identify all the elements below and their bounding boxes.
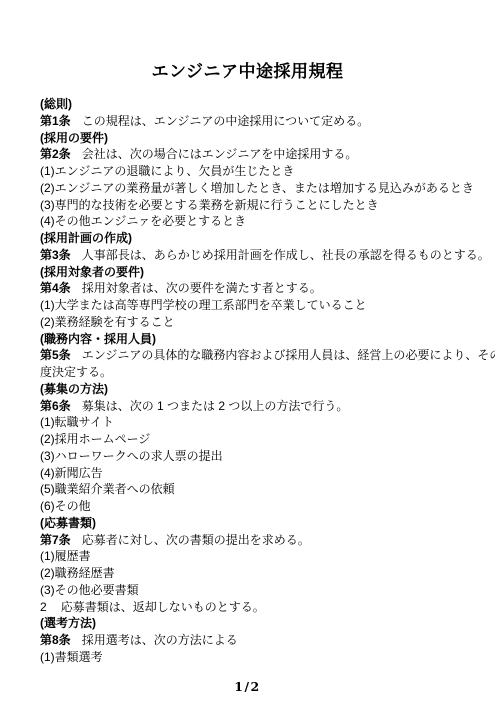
line-text: (3)ハローワークへの求人票の提出 xyxy=(40,449,223,463)
line-text: 応募者に対し、次の書類の提出を求める。 xyxy=(82,533,310,547)
line-text: (採用計画の作成) xyxy=(40,231,132,245)
line-text: (6)その他 xyxy=(40,499,91,513)
line-text: (4)新聞広告 xyxy=(40,466,103,480)
line-text: (1)大学または高等専門学校の理工系部門を卒業していること xyxy=(40,298,367,312)
line-text: 度決定する。 xyxy=(40,365,112,379)
article-line: 第4条採用対象者は、次の要件を満たす者とする。 xyxy=(40,280,490,297)
line-text: (4)その他エンジニァを必要とするとき xyxy=(40,214,246,228)
document-page: エンジニア中途採用規程 (総則)第1条この規程は、エンジニアの中途採用について定… xyxy=(0,0,495,721)
list-item: 度決定する。 xyxy=(40,364,490,381)
article-number: 第2条 xyxy=(40,146,71,163)
list-item: (1)履歴書 xyxy=(40,548,490,565)
list-item: (3)ハローワークへの求人票の提出 xyxy=(40,448,490,465)
list-item: (1)転職サイト xyxy=(40,414,490,431)
line-text: (応募書類) xyxy=(40,516,96,530)
line-text: (1)転職サイト xyxy=(40,415,114,429)
line-text: この規程は、エンジニアの中途採用について定める。 xyxy=(82,114,369,128)
list-item: (3)その他必要書類 xyxy=(40,582,490,599)
section-heading: (総則) xyxy=(40,96,490,113)
section-heading: (採用対象者の要件) xyxy=(40,264,490,281)
list-item: (1)エンジニアの退職により、欠員が生じたとき xyxy=(40,163,490,180)
line-text: (職務内容・採用人員) xyxy=(40,332,156,346)
list-item: (1)大学または高等専門学校の理工系部門を卒業していること xyxy=(40,297,490,314)
line-text: (2)業務経験を有すること xyxy=(40,315,175,329)
line-text: (5)職業紹介業者への依頼 xyxy=(40,482,175,496)
list-item: (4)新聞広告 xyxy=(40,465,490,482)
article-number: 第5条 xyxy=(40,347,71,364)
clause-line: 2応募書類は、返却しないものとする。 xyxy=(40,599,490,616)
article-line: 第3条人事部長は、あらかじめ採用計画を作成し、社長の承認を得るものとする。 xyxy=(40,247,490,264)
section-heading: (募集の方法) xyxy=(40,381,490,398)
list-item: (2)業務経験を有すること xyxy=(40,314,490,331)
line-text: 会社は、次の場合にはエンジニアを中途採用する。 xyxy=(82,147,358,161)
line-text: (2)エンジニアの業務量が著しく増加したとき、または増加する見込みがあるとき xyxy=(40,181,474,195)
section-heading: (採用の要件) xyxy=(40,130,490,147)
list-item: (2)職務経歴書 xyxy=(40,565,490,582)
line-text: (3)その他必要書類 xyxy=(40,583,139,597)
line-text: (1)エンジニアの退職により、欠員が生じたとき xyxy=(40,164,294,178)
article-line: 第8条採用選考は、次の方法による xyxy=(40,632,490,649)
list-item: (5)職業紹介業者への依頼 xyxy=(40,481,490,498)
line-text: (選考方法) xyxy=(40,616,96,630)
line-text: (採用の要件) xyxy=(40,131,108,145)
article-line: 第1条この規程は、エンジニアの中途採用について定める。 xyxy=(40,113,490,130)
line-text: (2)採用ホームページ xyxy=(40,432,150,446)
article-number: 第1条 xyxy=(40,113,71,130)
section-heading: (採用計画の作成) xyxy=(40,230,490,247)
line-text: 採用対象者は、次の要件を満たす者とする。 xyxy=(82,281,322,295)
list-item: (2)採用ホームページ xyxy=(40,431,490,448)
article-number: 第6条 xyxy=(40,398,71,415)
line-text: (2)職務経歴書 xyxy=(40,566,115,580)
article-line: 第6条募集は、次の 1 つまたは 2 つ以上の方法で行う。 xyxy=(40,398,490,415)
article-number: 第4条 xyxy=(40,280,71,297)
section-heading: (選考方法) xyxy=(40,615,490,632)
list-item: (1)書類選考 xyxy=(40,649,490,666)
line-text: (1)書類選考 xyxy=(40,650,103,664)
document-title: エンジニア中途採用規程 xyxy=(0,0,495,85)
line-text: 応募書類は、返却しないものとする。 xyxy=(61,600,265,614)
article-line: 第2条会社は、次の場合にはエンジニアを中途採用する。 xyxy=(40,146,490,163)
article-number: 第8条 xyxy=(40,632,71,649)
article-line: 第7条応募者に対し、次の書類の提出を求める。 xyxy=(40,532,490,549)
line-text: エンジニアの具体的な職務内容および採用人員は、経営上の必要により、その都 xyxy=(82,348,495,362)
list-item: (2)エンジニアの業務量が著しく増加したとき、または増加する見込みがあるとき xyxy=(40,180,490,197)
line-text: 募集は、次の 1 つまたは 2 つ以上の方法で行う。 xyxy=(82,399,349,413)
line-text: (総則) xyxy=(40,97,72,111)
list-item: (3)専門的な技術を必要とする業務を新規に行うことにしたとき xyxy=(40,197,490,214)
line-text: (3)専門的な技術を必要とする業務を新規に行うことにしたとき xyxy=(40,198,379,212)
document-body: (総則)第1条この規程は、エンジニアの中途採用について定める。(採用の要件)第2… xyxy=(40,96,490,666)
line-text: 人事部長は、あらかじめ採用計画を作成し、社長の承認を得るものとする。 xyxy=(82,248,490,262)
article-number: 第7条 xyxy=(40,532,71,549)
line-text: 採用選考は、次の方法による xyxy=(82,633,238,647)
line-text: (1)履歴書 xyxy=(40,549,91,563)
clause-number: 2 xyxy=(40,599,47,616)
list-item: (6)その他 xyxy=(40,498,490,515)
page-number: 1/2 xyxy=(0,679,495,694)
article-number: 第3条 xyxy=(40,247,71,264)
line-text: (募集の方法) xyxy=(40,382,108,396)
section-heading: (応募書類) xyxy=(40,515,490,532)
list-item: (4)その他エンジニァを必要とするとき xyxy=(40,213,490,230)
article-line: 第5条エンジニアの具体的な職務内容および採用人員は、経営上の必要により、その都 xyxy=(40,347,490,364)
line-text: (採用対象者の要件) xyxy=(40,265,144,279)
section-heading: (職務内容・採用人員) xyxy=(40,331,490,348)
